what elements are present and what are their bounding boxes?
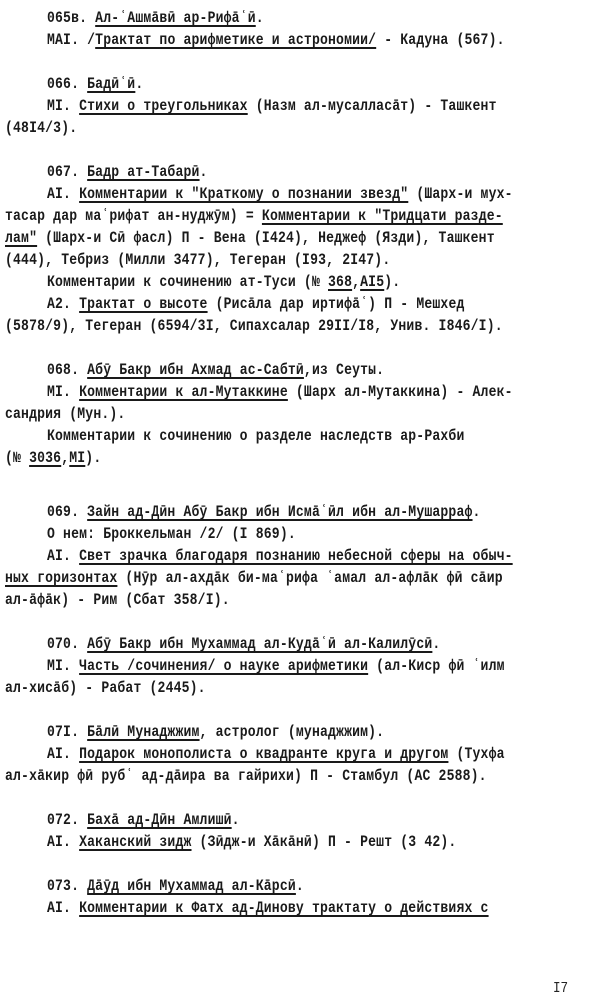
author-name: Дāӯд ибн Мухаммад ал-Кāрсӣ [87,877,296,895]
entry-line: AI. Свет зрачка благодаря познанию небес… [47,546,513,566]
author-name: Ал-ʿАшмāвӣ ар-Рифāʿӣ [95,9,256,27]
entry-heading: 065в. Ал-ʿАшмāвӣ ар-Рифāʿӣ. [47,8,264,28]
entry-line: сандрия (Мун.). [5,404,125,424]
work-title: Хаканский зидж [79,833,191,851]
cross-reference: AI5 [360,273,384,291]
author-name: Абӯ Бакр ибн Мухаммад ал-Кудāʿӣ ал-Калил… [87,635,432,653]
entry-line: ал-хāкир фӣ рубʿ ад-дāира ва гайрихи) П … [5,766,487,786]
entry-line: AI. Подарок монополиста о квадранте круг… [47,744,505,764]
entry-line: Комментарии к сочинению ат-Туси (№ 368,A… [47,272,400,292]
work-title: лам" [5,229,37,247]
entry-line: О нем: Броккельман /2/ (I 869). [47,524,296,544]
entry-heading: 067. Бадр ат-Табарӣ. [47,162,208,182]
entry-heading: 073. Дāӯд ибн Мухаммад ал-Кāрсӣ. [47,876,304,896]
entry-heading: 069. Зайн ад-Дӣн Абӯ Бакр ибн Исмāʿӣл иб… [47,502,481,522]
work-title: Комментарии к Фатх ад-Диновy трактату о … [79,899,488,917]
entry-line: MAI. /Трактат по арифметике и астрономии… [47,30,505,50]
entry-heading: 070. Абӯ Бакр ибн Мухаммад ал-Кудāʿӣ ал-… [47,634,440,654]
entry-line: AI. Комментарии к "Краткому о познании з… [47,184,513,204]
author-name: Зайн ад-Дӣн Абӯ Бакр ибн Исмāʿӣл ибн ал-… [87,503,472,521]
entry-line: AI. Хаканский зидж (Зӣдж-и Хāкāнӣ) П - Р… [47,832,456,852]
entry-line: (5878/9), Тегеран (6594/3I, Сипахсалар 2… [5,316,503,336]
author-name: Бāлӣ Мунаджжим [87,723,199,741]
cross-reference: 368 [328,273,352,291]
entry-heading: 072. Бахā ад-Дӣн Амлишӣ. [47,810,240,830]
entry-line: тасар дар маʿрифат ан-нуджӯм) = Коммента… [5,206,503,226]
author-name: Абӯ Бакр ибн Ахмад ас-Сабтӣ [87,361,304,379]
entry-line: (48I4/3). [5,118,77,138]
author-name: Бахā ад-Дӣн Амлишӣ [87,811,232,829]
cross-reference: 3036 [29,449,61,467]
entry-heading: 066. Бадӣʿӣ. [47,74,143,94]
entry-line: A2. Трактат о высоте (Рисāла дар иртифāʿ… [47,294,465,314]
work-title: Комментарии к "Тридцати разде- [262,207,503,225]
entry-line: Комментарии к сочинению о разделе наслед… [47,426,464,446]
entry-line: MI. Комментарии к ал-Мутаккине (Шарх ал-… [47,382,513,402]
work-title: ных горизонтах [5,569,117,587]
entry-line: ал-āфāк) - Рим (Сбат 358/I). [5,590,230,610]
entry-heading: 068. Абӯ Бакр ибн Ахмад ас-Сабтӣ,из Сеут… [47,360,384,380]
entry-heading: 07I. Бāлӣ Мунаджжим, астролог (мунаджжим… [47,722,384,742]
work-title: Часть /сочинения/ о науке арифметики [79,657,368,675]
cross-reference: MI [69,449,85,467]
document-page: 065в. Ал-ʿАшмāвӣ ар-Рифāʿӣ. MAI. /Тракта… [0,0,589,1000]
work-title: Стихи о треугольниках [79,97,248,115]
entry-line: (№ 3036,MI). [5,448,101,468]
author-name: Бадр ат-Табарӣ [87,163,199,181]
work-title: Подарок монополиста о квадранте круга и … [79,745,448,763]
work-title: Комментарии к "Краткому о познании звезд… [79,185,408,203]
entry-line: MI. Часть /сочинения/ о науке арифметики… [47,656,505,676]
entry-line: (444), Тебриз (Милли 3477), Тегеран (I93… [5,250,390,270]
work-title: Свет зрачка благодаря познанию небесной … [79,547,513,565]
entry-line: ал-хисāб) - Рабат (2445). [5,678,206,698]
work-title: Комментарии к ал-Мутаккине [79,383,288,401]
entry-line: лам" (Шарх-и Сӣ фасл) П - Вена (I424), Н… [5,228,495,248]
entry-line: ных горизонтах (Нӯр ал-ахдāк би-маʿрифа … [5,568,503,588]
entry-line: MI. Стихи о треугольниках (Назм ал-мусал… [47,96,497,116]
entry-line: AI. Комментарии к Фатх ад-Диновy трактат… [47,898,489,918]
work-title: Трактат о высоте [79,295,207,313]
page-number: I7 [553,980,568,997]
author-name: Бадӣʿӣ [87,75,135,93]
work-title: Трактат по арифметике и астрономии/ [95,31,376,49]
